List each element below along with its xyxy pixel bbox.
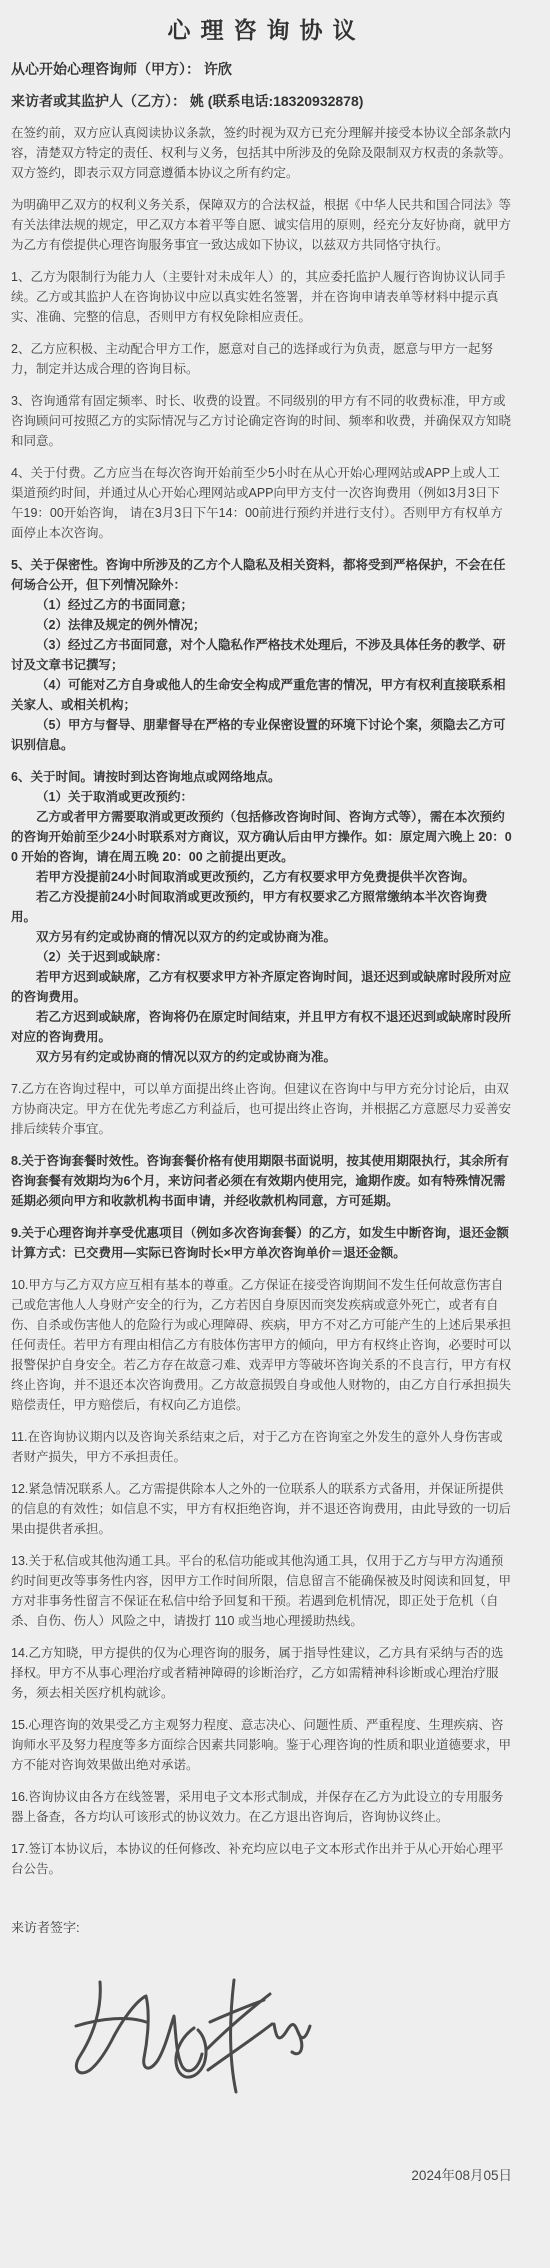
paragraph: 若乙方没提前24小时间取消或更改预约，甲方有权要求乙方照常缴纳本半次咨询费用。 <box>11 887 512 927</box>
paragraph: 3、咨询通常有固定频率、时长、收费的设置。不同级别的甲方有不同的收费标准，甲方或… <box>11 391 512 451</box>
paragraph: 16.咨询协议由各方在线签署，采用电子文本形式制成，并保存在乙方为此设立的专用服… <box>11 1787 512 1827</box>
signature-scrawl <box>66 1966 316 2106</box>
signature-label: 来访者签字: <box>11 1917 512 1936</box>
party-b-label: 来访者或其监护人（乙方）： <box>11 93 186 109</box>
paragraph: 13.关于私信或其他沟通工具。平台的私信功能或其他沟通工具，仅用于乙方与甲方沟通… <box>11 1551 512 1631</box>
paragraph: 5、关于保密性。咨询中所涉及的乙方个人隐私及相关资料，都将受到严格保护，不会在任… <box>11 555 512 595</box>
paragraph: （2）关于迟到或缺席： <box>11 947 512 967</box>
party-a-label: 从心开始心理咨询师（甲方）： <box>11 61 200 77</box>
paragraph: 若甲方没提前24小时间取消或更改预约，乙方有权要求甲方免费提供半次咨询。 <box>11 867 512 887</box>
paragraph: 8.关于咨询套餐时效性。咨询套餐价格有使用期限书面说明，按其使用期限执行，其余所… <box>11 1151 512 1211</box>
paragraph: （5）甲方与督导、朋辈督导在严格的专业保密设置的环境下讨论个案，须隐去乙方可识别… <box>11 715 512 755</box>
paragraph: 15.心理咨询的效果受乙方主观努力程度、意志决心、问题性质、严重程度、生理疾病、… <box>11 1715 512 1775</box>
paragraph: 7.乙方在咨询过程中，可以单方面提出终止咨询。但建议在咨询中与甲方充分讨论后，由… <box>11 1079 512 1139</box>
paragraph: （1）经过乙方的书面同意； <box>11 595 512 615</box>
paragraph: 若甲方迟到或缺席，乙方有权要求甲方补齐原定咨询时间，退还迟到或缺席时段所对应的咨… <box>11 967 512 1007</box>
agreement-paragraphs: 在签约前，双方应认真阅读协议条款，签约时视为双方已充分理解并接受本协议全部条款内… <box>11 123 512 1879</box>
party-a-line: 从心开始心理咨询师（甲方）： 许欣 <box>11 59 512 79</box>
paragraph: 6、关于时间。请按时到达咨询地点或网络地点。 <box>11 767 512 787</box>
paragraph: 4、关于付费。乙方应当在每次咨询开始前至少5小时在从心开始心理网站或APP上或人… <box>11 463 512 543</box>
paragraph: 乙方或者甲方需要取消或更改预约（包括修改咨询时间、咨询方式等），需在本次预约的咨… <box>11 807 512 867</box>
party-b-name: 姚 (联系电话:18320932878) <box>190 93 364 109</box>
agreement-date: 2024年08月05日 <box>11 2164 512 2184</box>
paragraph: 17.签订本协议后，本协议的任何修改、补充均应以电子文本形式作出并于从心开始心理… <box>11 1839 512 1879</box>
paragraph: 2、乙方应积极、主动配合甲方工作，愿意对自己的选择或行为负责，愿意与甲方一起努力… <box>11 339 512 379</box>
page-title: 心理咨询协议 <box>11 12 512 45</box>
paragraph: （3）经过乙方书面同意，对个人隐私作严格技术处理后，不涉及具体任务的教学、研讨及… <box>11 635 512 675</box>
paragraph: 11.在咨询协议期内以及咨询关系结束之后，对于乙方在咨询室之外发生的意外人身伤害… <box>11 1427 512 1467</box>
paragraph: （2）法律及规定的例外情况； <box>11 615 512 635</box>
paragraph: 12.紧急情况联系人。乙方需提供除本人之外的一位联系人的联系方式备用，并保证所提… <box>11 1479 512 1539</box>
party-a-name: 许欣 <box>204 61 232 77</box>
paragraph: 为明确甲乙双方的权利义务关系，保障双方的合法权益，根据《中华人民共和国合同法》等… <box>11 195 512 255</box>
agreement-page: 心理咨询协议 从心开始心理咨询师（甲方）： 许欣 来访者或其监护人（乙方）： 姚… <box>0 0 550 2268</box>
paragraph: 10.甲方与乙方双方应互相有基本的尊重。乙方保证在接受咨询期间不发生任何故意伤害… <box>11 1275 512 1415</box>
paragraph: 若乙方迟到或缺席，咨询将仍在原定时间结束，并且甲方有权不退还迟到或缺席时段所对应… <box>11 1007 512 1047</box>
paragraph: 双方另有约定或协商的情况以双方的约定或协商为准。 <box>11 1047 512 1067</box>
party-b-line: 来访者或其监护人（乙方）： 姚 (联系电话:18320932878) <box>11 91 512 111</box>
paragraph: 双方另有约定或协商的情况以双方的约定或协商为准。 <box>11 927 512 947</box>
paragraph: （4）可能对乙方自身或他人的生命安全构成严重危害的情况，甲方有权利直接联系相关家… <box>11 675 512 715</box>
paragraph: 1、乙方为限制行为能力人（主要针对未成年人）的，其应委托监护人履行咨询协议认同手… <box>11 267 512 327</box>
paragraph: 14.乙方知晓，甲方提供的仅为心理咨询的服务，属于指导性建议，乙方具有采纳与否的… <box>11 1643 512 1703</box>
paragraph: （1）关于取消或更改预约： <box>11 787 512 807</box>
paragraph: 9.关于心理咨询并享受优惠项目（例如多次咨询套餐）的乙方，如发生中断咨询，退还金… <box>11 1223 512 1263</box>
paragraph: 在签约前，双方应认真阅读协议条款，签约时视为双方已充分理解并接受本协议全部条款内… <box>11 123 512 183</box>
